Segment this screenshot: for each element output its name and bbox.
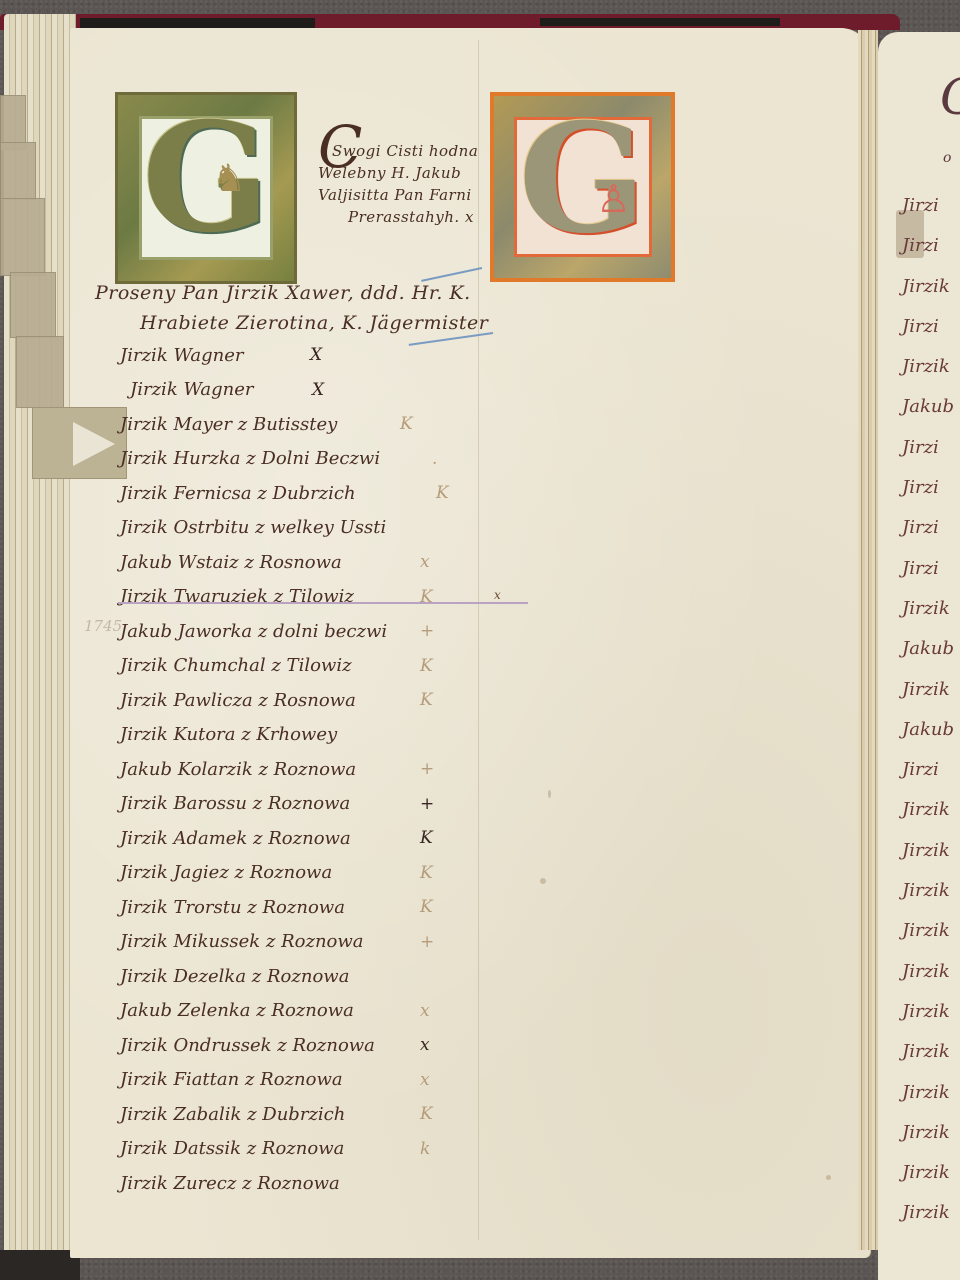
right-list-entry: Jirzik <box>902 1032 954 1072</box>
list-entry: Jirzik Kutora z Krhowey <box>120 718 449 753</box>
tally-mark: x <box>420 1035 430 1055</box>
right-list-entry: Jirzik <box>902 831 954 871</box>
intro-line-2: Hrabiete Zierotina, K. Jägermister <box>140 312 488 334</box>
list-entry: Jirzik Trorstu z RoznowaK <box>120 890 449 925</box>
list-entry: Jirzik Twaruziek z TilowizK <box>120 580 449 615</box>
right-list-entry: Jirzik <box>902 1113 954 1153</box>
knight-on-horse-icon: ♞ <box>212 159 246 197</box>
list-entry: Jirzik Ondrussek z Roznowax <box>120 1028 449 1063</box>
ink-spot <box>826 1175 831 1180</box>
page-stack-right <box>858 30 878 1250</box>
book-binding-shadow <box>540 18 780 26</box>
tally-mark: X <box>310 345 322 365</box>
list-entry: Jirzik WagnerX <box>120 373 449 408</box>
list-entry: Jirzik Barossu z Roznowa+ <box>120 787 449 822</box>
right-list-entry: Jirzik <box>902 267 954 307</box>
rule-end-mark: x <box>494 588 501 602</box>
right-list-entry: Jirzi <box>902 468 954 508</box>
ink-spot <box>540 878 546 884</box>
margin-note: 1745 <box>84 617 122 635</box>
index-tab[interactable] <box>16 336 64 408</box>
list-entry: Jirzik Adamek z RoznowaK <box>120 821 449 856</box>
right-list-entry: Jirzik <box>902 790 954 830</box>
initial-letter: G <box>142 103 270 253</box>
list-entry: Jirzik Ostrbitu z welkey Ussti <box>120 511 449 546</box>
tally-mark: x <box>420 552 430 572</box>
right-list-entry: Jirzik <box>902 911 954 951</box>
tally-mark: + <box>420 932 434 952</box>
list-entry: Jirzik Fernicsa z DubrzichK <box>120 476 449 511</box>
right-list-entry: Jirzi <box>902 508 954 548</box>
right-list-entry: Jirzi <box>902 226 954 266</box>
book-cover-bottom <box>0 1250 80 1280</box>
index-tab[interactable] <box>0 198 45 276</box>
right-list-entry: Jirzik <box>902 1193 954 1233</box>
list-entry: Jirzik Pawlicza z RosnowaK <box>120 683 449 718</box>
right-list-entry: Jirzik <box>902 589 954 629</box>
list-entry: Jirzik Zabalik z DubrzichK <box>120 1097 449 1132</box>
right-list-entry: Jakub <box>902 387 954 427</box>
index-tab[interactable] <box>0 142 36 200</box>
tally-mark: k <box>420 1139 430 1159</box>
tally-mark: x <box>420 1070 430 1090</box>
tally-mark: x <box>420 1001 430 1021</box>
list-entry: Jakub Jaworka z dolni beczwi+ <box>120 614 449 649</box>
tally-mark: K <box>420 656 433 676</box>
right-list-entry: Jirzik <box>902 1073 954 1113</box>
right-list-entry: Jirzik <box>902 670 954 710</box>
illuminated-initial-orange: G ♙ <box>490 92 675 282</box>
list-entry: Jirzik Fiattan z Roznowax <box>120 1063 449 1098</box>
right-list-entry: Jakub <box>902 710 954 750</box>
list-entry: Jirzik Zurecz z Roznowa <box>120 1166 449 1201</box>
heading-line: Valjisitta Pan Farni <box>318 184 478 206</box>
tally-mark: + <box>420 794 434 814</box>
right-list-entry: Jirzik <box>902 1153 954 1193</box>
right-list-entry: Jirzi <box>902 549 954 589</box>
right-list-entry: Jirzik <box>902 871 954 911</box>
tally-mark: . <box>432 449 437 469</box>
list-entry: Jirzik Dezelka z Roznowa <box>120 959 449 994</box>
right-list-entry: Jakub <box>902 629 954 669</box>
tally-mark: K <box>400 414 413 434</box>
tally-mark: X <box>312 380 324 400</box>
right-list-entry: Jirzi <box>902 307 954 347</box>
heading-line: Swogi Cisti hodna <box>318 140 478 162</box>
right-page-list: Jirzi Jirzi Jirzik Jirzi Jirzik Jakub Ji… <box>902 186 954 1234</box>
list-entry: Jakub Zelenka z Roznowax <box>120 994 449 1029</box>
index-tab-arrow[interactable] <box>32 407 127 479</box>
play-arrow-icon <box>73 422 115 466</box>
illuminated-initial-green: G ♞ <box>115 92 297 284</box>
heading-line: Prerasstahyh. x <box>318 206 478 228</box>
list-entry: Jirzik Mayer z ButissteyK <box>120 407 449 442</box>
divider-rule <box>118 602 528 604</box>
right-page-small-text: o <box>943 150 951 166</box>
list-entry: Jirzik Hurzka z Dolni Beczwi. <box>120 442 449 477</box>
right-list-entry: Jirzi <box>902 186 954 226</box>
heading-line: Welebny H. Jakub <box>318 162 478 184</box>
right-list-entry: Jirzik <box>902 992 954 1032</box>
ink-spot <box>548 790 551 798</box>
tally-mark: K <box>420 863 433 883</box>
tally-mark: K <box>420 897 433 917</box>
name-list: Jirzik WagnerX Jirzik WagnerX Jirzik May… <box>120 338 449 1201</box>
tally-mark: K <box>420 1104 433 1124</box>
list-entry: Jirzik Datssik z Roznowak <box>120 1132 449 1167</box>
book-binding-shadow <box>80 18 315 28</box>
intro-line-1: Proseny Pan Jirzik Xawer, ddd. Hr. K. <box>95 282 471 304</box>
tally-mark: K <box>436 483 449 503</box>
right-list-entry: Jirzik <box>902 347 954 387</box>
list-entry: Jirzik Jagiez z RoznowaK <box>120 856 449 891</box>
tally-mark: + <box>420 621 434 641</box>
right-page-flourish-letter: C <box>940 72 960 122</box>
right-list-entry: Jirzi <box>902 428 954 468</box>
tally-mark: + <box>420 759 434 779</box>
list-entry: Jakub Kolarzik z Roznowa+ <box>120 752 449 787</box>
list-entry: Jirzik Chumchal z TilowizK <box>120 649 449 684</box>
tally-mark: K <box>420 690 433 710</box>
list-entry: Jirzik Mikussek z Roznowa+ <box>120 925 449 960</box>
list-entry: Jakub Wstaiz z Rosnowax <box>120 545 449 580</box>
figures-tent-icon: ♙ <box>597 180 631 218</box>
right-list-entry: Jirzik <box>902 952 954 992</box>
heading-text: Swogi Cisti hodna Welebny H. Jakub Valji… <box>318 140 478 228</box>
list-entry: Jirzik WagnerX <box>120 338 449 373</box>
index-tab[interactable] <box>10 272 56 338</box>
right-list-entry: Jirzi <box>902 750 954 790</box>
tally-mark: K <box>420 828 433 848</box>
